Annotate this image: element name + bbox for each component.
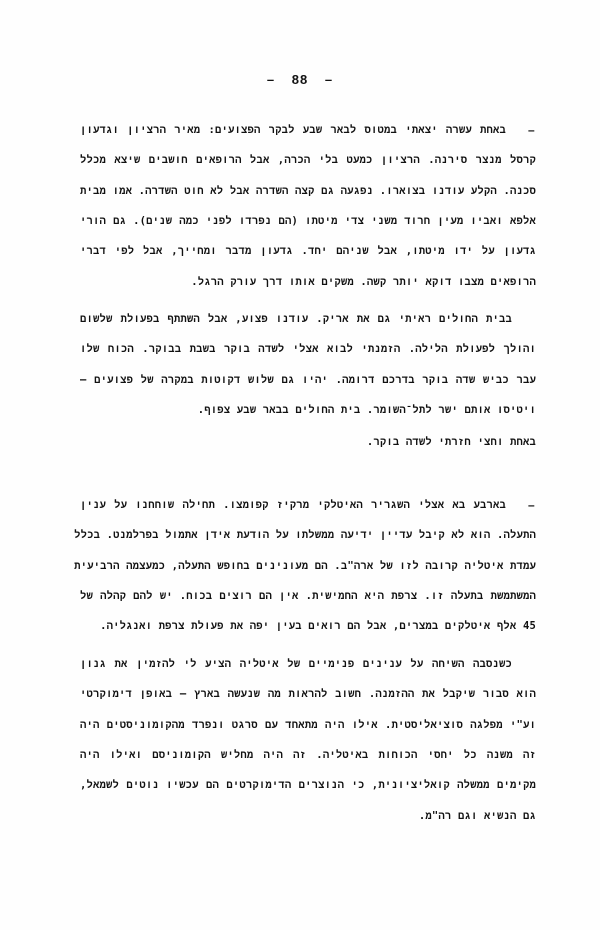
text-line: גם הנשיא וגם רה"מ. [80,810,536,823]
text-line: עמדת איטליה קרובה לזו של ארה"ב. הם מעוני… [80,560,536,573]
text-line: הוא סבור שיקבל את ההזמנה. חשוב להראות מה… [80,688,536,701]
document-page: – 88 – –באחת עשרה יצאתי במטוס לבאר שבע ל… [0,0,600,930]
page-number-dash-left: – [267,72,275,87]
page-number-value: 88 [292,72,308,87]
text-line: זה משנה כל יחסי הכוחות באיטליה. זה היה מ… [80,749,536,762]
page-number: – 88 – [0,72,600,87]
text-line: קרסל מנצר סירנה. הרציון כמעט בלי הכרה, א… [80,154,536,167]
text-line: 45 אלף איטלקים במצרים, אבל הם רואים בעין… [80,620,536,633]
text-line: מקימים ממשלה קואליציונית, כי הנוצרים הדי… [80,779,536,792]
text-line: והולך לפעולת הלילה. הזמנתי לבוא אצלי לשד… [80,343,536,356]
text-line: סכנה. הקלע עודנו בצוארו. נפגעה גם קצה הש… [80,185,536,198]
text-line: וע"י מפלגה סוציאליסטית. אילו היה מתאחד ע… [80,719,536,732]
text-line: עבר כביש שדה בוקר בדרכם דרומה. יהיו גם ש… [80,374,536,387]
text-line: בארבע בא אצלי השגריר האיטלקי מרקיז קפומצ… [80,499,536,512]
text-line: התעלה. הוא לא קיבל עדיין ידיעה ממשלתו על… [80,529,536,542]
text-line: המשתמשת בתעלה זו. צרפת היא החמישית. אין … [80,590,536,603]
text-line: באחת וחצי חזרתי לשדה בוקר. [80,436,536,449]
page-number-dash-right: – [325,72,333,87]
text-line: באחת עשרה יצאתי במטוס לבאר שבע לבקר הפצו… [80,124,536,137]
text-line: כשנסבה השיחה על ענינים פנימיים של איטליה… [80,658,536,671]
text-line: בבית החולים ראיתי גם את אריק. עודנו פצוע… [80,313,536,326]
text-line: ויטיסו אותם ישר לתל־השומר. בית החולים בב… [80,404,536,417]
text-line: אלפא ואביו מעין חרוד משני צדי מיטתו (הם … [80,215,536,228]
text-line: הרופאים מצבו דוקא יותר קשה. משקים אותו ד… [80,276,536,289]
text-line: גדעון על ידו מיטתו, אבל שניהם יחד. גדעון… [80,245,536,258]
